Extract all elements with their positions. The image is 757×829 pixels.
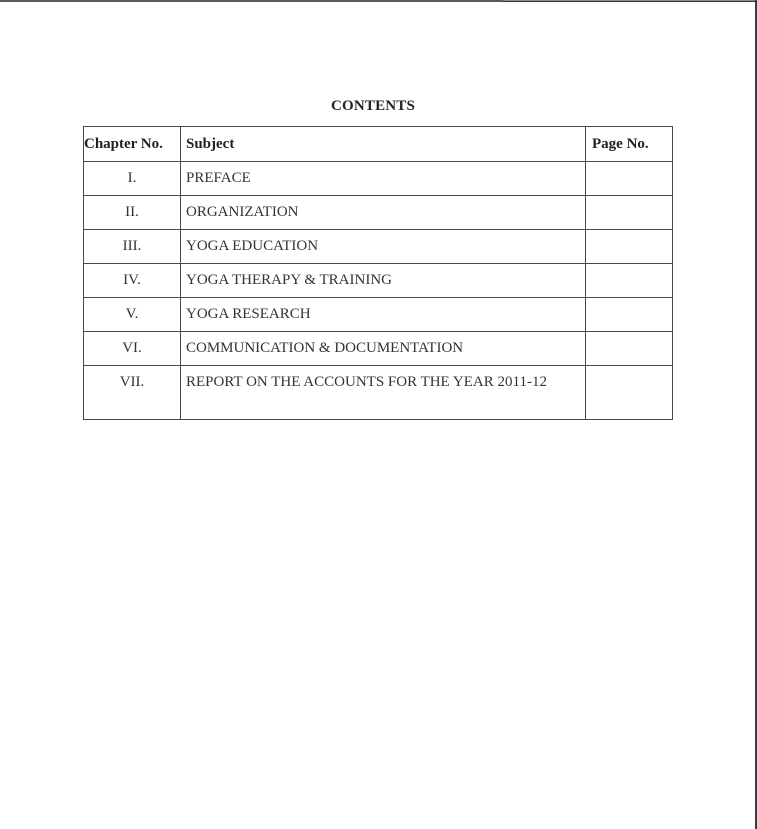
chapter-page [586,332,673,366]
chapter-subject: YOGA RESEARCH [181,298,586,332]
table-header-row: Chapter No. Subject Page No. [84,127,673,162]
chapter-number: II. [84,196,181,230]
chapter-number: IV. [84,264,181,298]
chapter-subject: ORGANIZATION [181,196,586,230]
contents-table: Chapter No. Subject Page No. I. PREFACE … [83,126,673,420]
header-subject: Subject [181,127,586,162]
chapter-number: VI. [84,332,181,366]
table-row: II. ORGANIZATION [84,196,673,230]
chapter-page [586,162,673,196]
chapter-subject: YOGA EDUCATION [181,230,586,264]
chapter-subject: REPORT ON THE ACCOUNTS FOR THE YEAR 2011… [181,366,586,420]
header-chapter-no: Chapter No. [84,127,181,162]
chapter-page [586,196,673,230]
chapter-page [586,230,673,264]
chapter-page [586,366,673,420]
table-row: V. YOGA RESEARCH [84,298,673,332]
table-row: IV. YOGA THERAPY & TRAINING [84,264,673,298]
chapter-subject: YOGA THERAPY & TRAINING [181,264,586,298]
chapter-subject: COMMUNICATION & DOCUMENTATION [181,332,586,366]
table-row: III. YOGA EDUCATION [84,230,673,264]
chapter-number: I. [84,162,181,196]
chapter-number: V. [84,298,181,332]
chapter-number: III. [84,230,181,264]
table-row: I. PREFACE [84,162,673,196]
page-top-border-shade [503,0,755,1]
contents-heading: CONTENTS [0,98,746,115]
table-row: VI. COMMUNICATION & DOCUMENTATION [84,332,673,366]
table-row: VII. REPORT ON THE ACCOUNTS FOR THE YEAR… [84,366,673,420]
header-page-no: Page No. [586,127,673,162]
chapter-page [586,298,673,332]
chapter-subject: PREFACE [181,162,586,196]
chapter-page [586,264,673,298]
chapter-number: VII. [84,366,181,420]
